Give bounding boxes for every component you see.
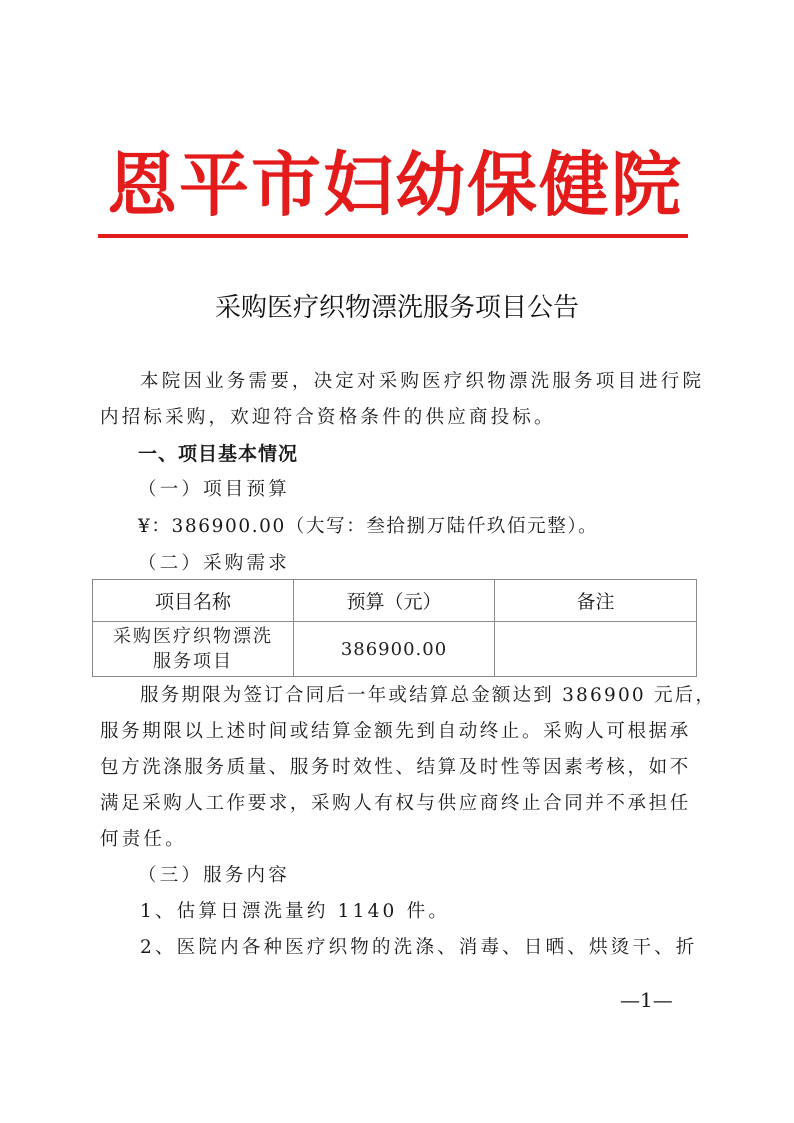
- terms-line-5: 何责任。: [100, 822, 187, 858]
- page-number: —1—: [620, 985, 673, 1015]
- column-header-project-name: 项目名称: [93, 580, 294, 622]
- cell-project-name-line-2: 服务项目: [93, 649, 293, 674]
- intro-paragraph-line-2: 内招标采购，欢迎符合资格条件的供应商投标。: [100, 400, 556, 436]
- table-row: 采购医疗织物漂洗 服务项目 386900.00: [93, 622, 697, 677]
- service-item-2: 2、医院内各种医疗织物的洗涤、消毒、日晒、烘烫干、折: [140, 930, 697, 966]
- masthead-org-name: 恩平市妇幼保健院: [96, 140, 694, 230]
- subsection-heading-requirements: （二）采购需求: [138, 546, 290, 582]
- terms-line-2: 服务期限以上述时间或结算金额先到自动终止。采购人可根据承: [100, 714, 691, 750]
- cell-project-name-line-1: 采购医疗织物漂洗: [93, 624, 293, 649]
- table-header-row: 项目名称 预算（元） 备注: [93, 580, 697, 622]
- section-heading-basic-info: 一、项目基本情况: [138, 436, 298, 472]
- intro-paragraph-line-1: 本院因业务需要，决定对采购医疗织物漂洗服务项目进行院: [140, 364, 704, 400]
- cell-project-name: 采购医疗织物漂洗 服务项目: [93, 622, 294, 677]
- terms-line-3: 包方洗涤服务质量、服务时效性、结算及时性等因素考核，如不: [100, 750, 691, 786]
- masthead-red-divider: [98, 234, 688, 238]
- subsection-heading-budget: （一）项目预算: [138, 472, 290, 508]
- cell-budget: 386900.00: [294, 622, 495, 677]
- cell-note: [495, 622, 697, 677]
- terms-line-1: 服务期限为签订合同后一年或结算总金额达到 386900 元后，: [140, 678, 716, 714]
- subsection-heading-service-content: （三）服务内容: [138, 858, 290, 894]
- budget-amount-line: ¥：386900.00（大写：叁拾捌万陆仟玖佰元整）。: [138, 509, 598, 545]
- requirements-table: 项目名称 预算（元） 备注 采购医疗织物漂洗 服务项目 386900.00: [92, 579, 697, 677]
- column-header-budget: 预算（元）: [294, 580, 495, 622]
- terms-line-4: 满足采购人工作要求，采购人有权与供应商终止合同并不承担任: [100, 786, 691, 822]
- column-header-note: 备注: [495, 580, 697, 622]
- service-item-1: 1、估算日漂洗量约 1140 件。: [140, 894, 450, 930]
- document-title: 采购医疗织物漂洗服务项目公告: [0, 290, 794, 326]
